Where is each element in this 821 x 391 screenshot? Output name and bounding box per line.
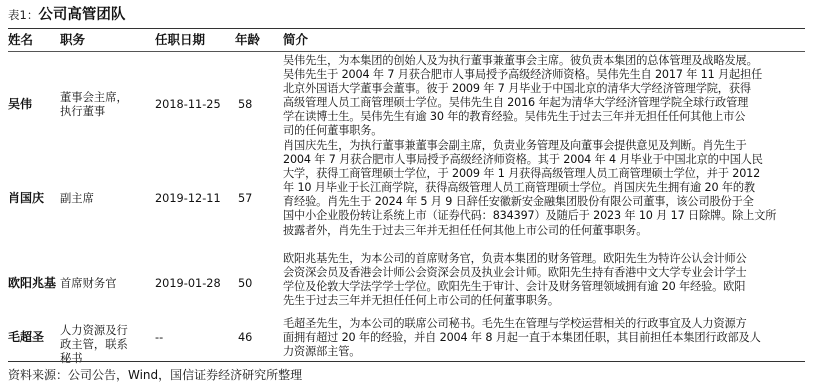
bottom-rule [8, 361, 805, 362]
bio-line: 吴伟先生，为本集团的创始人及为执行董事兼董事会主席。彼负责本集团的总体管理及战略… [283, 54, 808, 68]
bio-line: 学位及伦敦大学法学学士学位。欧阳先生于审计、会计及财务管理领域拥有逾 20 年经… [283, 280, 808, 294]
row-position: 董事会主席，执行董事 [60, 91, 138, 119]
bio-line: 年 10 月毕业于长江商学院，获得高级管理人员工商管理硕士学位。肖国庆先生拥有逾… [283, 181, 808, 195]
header-name: 姓名 [8, 32, 33, 48]
bio-line: 披露者外，肖先生于过去三年并无担任任何其他上市公司的任何董事职务。 [283, 224, 808, 238]
row-age: 57 [238, 192, 252, 206]
row-age: 50 [238, 277, 252, 291]
row-bio: 肖国庆先生，为执行董事兼董事会副主席，负责业务管理及向董事会提供意见及判断。肖先… [283, 139, 808, 238]
row-bio: 毛超圣先生，为本公司的联席公司秘书。毛先生在管理与学校运营相关的行政事宜及人力资… [283, 317, 808, 359]
bio-line: 学在读博士生。吴伟先生有逾 30 年的教育经验。吴伟先生于过去三年并无担任任何其… [283, 110, 808, 124]
bio-line: 育经验。肖先生于 2024 年 5 月 9 日辞任安徽新安金融集团股份有限公司董… [283, 195, 808, 209]
bio-line: 司的任何董事职务。 [283, 124, 808, 138]
row-date: 2019-01-28 [155, 277, 221, 291]
bio-line: 面拥有超过 20 年的经验，并自 2004 年 8 月起一直于本集团任职，其目前… [283, 331, 808, 345]
row-bio: 吴伟先生，为本集团的创始人及为执行董事兼董事会主席。彼负责本集团的总体管理及战略… [283, 54, 808, 139]
bio-line: 国中小企业股份转让系统上市（证券代码：834397）及随后于 2023 年 10… [283, 209, 808, 223]
row-name: 欧阳兆基 [8, 277, 56, 291]
row-name: 毛超圣 [8, 331, 44, 345]
bio-line: 北京外国语大学董事会董事。彼于 2009 年 7 月毕业于中国北京的清华大学经济… [283, 82, 808, 96]
bio-line: 高级管理人员工商管理硕士学位。吴伟先生自 2016 年起为清华大学经济管理学院全… [283, 96, 808, 110]
row-age: 46 [238, 331, 252, 345]
row-position: 副主席 [60, 192, 94, 206]
table-title: 表1：公司高管团队 [8, 6, 125, 24]
row-date: -- [155, 331, 163, 345]
top-rule [8, 28, 805, 29]
row-age: 58 [238, 98, 252, 112]
bio-line: 会资深会员及香港会计师公会资深会员及执业会计师。欧阳先生持有香港中文大学专业会计… [283, 266, 808, 280]
bio-line: 力资源部主管。 [283, 345, 808, 359]
header-date: 任职日期 [155, 32, 205, 48]
row-date: 2018-11-25 [155, 98, 221, 112]
row-date: 2019-12-11 [155, 192, 221, 206]
row-bio: 欧阳兆基先生，为本公司的首席财务官，负责本集团的财务管理。欧阳先生为特许公认会计… [283, 252, 808, 308]
row-name: 吴伟 [8, 98, 32, 112]
table-caption: 公司高管团队 [38, 7, 125, 23]
row-name: 肖国庆 [8, 192, 44, 206]
bio-line: 欧阳兆基先生，为本公司的首席财务官，负责本集团的财务管理。欧阳先生为特许公认会计… [283, 252, 808, 266]
bio-line: 大学，获得工商管理硕士学位，于 2009 年 1 月获得高级管理人员工商管理硕士… [283, 167, 808, 181]
header-position: 职务 [60, 32, 85, 48]
bio-line: 吴伟先生于 2004 年 7 月获合肥市人事局授予高级经济师资格。吴伟先生自 2… [283, 68, 808, 82]
table-number: 表1： [8, 8, 38, 22]
source-note: 资料来源：公司公告，Wind，国信证券经济研究所整理 [8, 367, 302, 383]
header-bio: 简介 [283, 32, 308, 48]
bio-line: 毛超圣先生，为本公司的联席公司秘书。毛先生在管理与学校运营相关的行政事宜及人力资… [283, 317, 808, 331]
header-age: 年龄 [235, 32, 260, 48]
header-rule [8, 51, 805, 52]
bio-line: 先生于过去三年并无担任任何上市公司的任何董事职务。 [283, 294, 808, 308]
bio-line: 肖国庆先生，为执行董事兼董事会副主席，负责业务管理及向董事会提供意见及判断。肖先… [283, 139, 808, 153]
row-position: 人力资源及行政主管，联系秘书 [60, 324, 138, 366]
row-position: 首席财务官 [60, 277, 117, 291]
bio-line: 2004 年 7 月获合肥市人事局授予高级经济师资格。其于 2004 年 4 月… [283, 153, 808, 167]
